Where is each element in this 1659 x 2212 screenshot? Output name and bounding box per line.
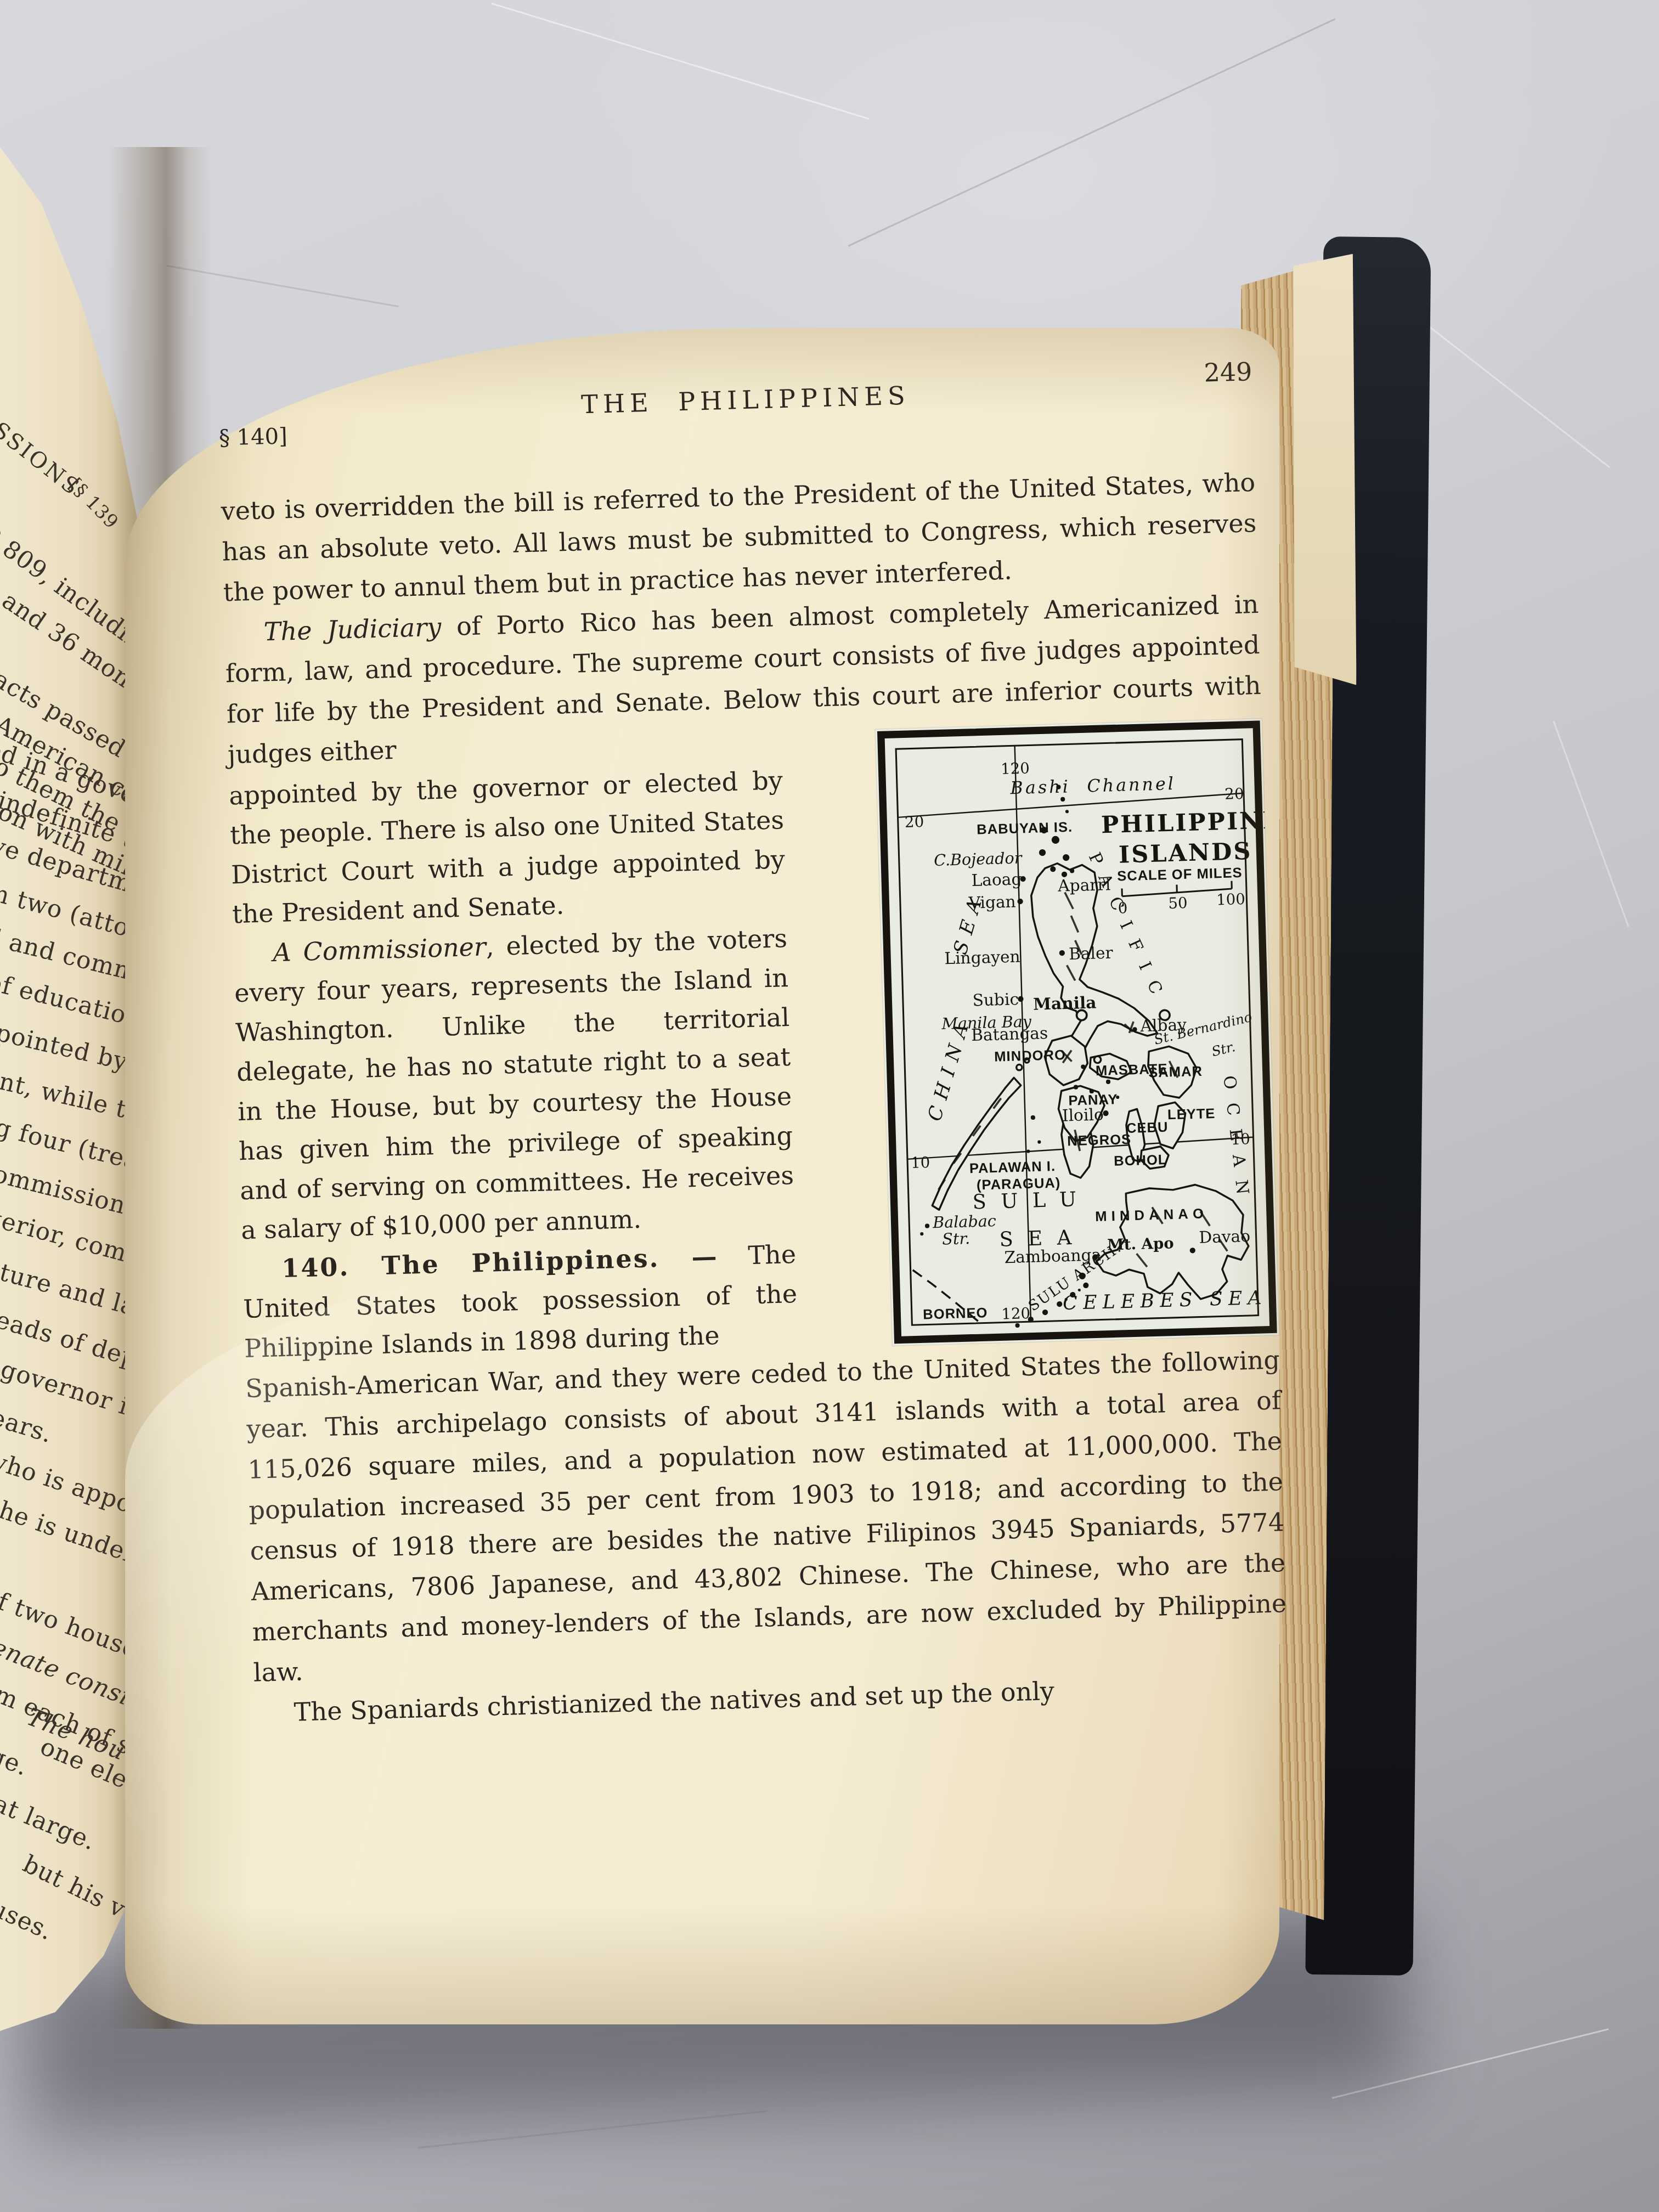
left-page-text-fragment: uses. xyxy=(0,1894,57,1946)
surface-scratch xyxy=(491,3,869,120)
left-page-text-fragment: ge. xyxy=(0,1741,32,1781)
right-page: § 140] THE PHILIPPINES 249 veto is overr… xyxy=(125,328,1279,2024)
protruding-page-edge xyxy=(1288,253,1363,685)
surface-scratch xyxy=(1553,720,1629,927)
page-light-band xyxy=(125,1244,840,2024)
left-page-text-fragment: ears. xyxy=(0,1403,56,1448)
surface-scratch xyxy=(848,18,1335,247)
left-page-text-fragment: at large. xyxy=(0,1790,100,1856)
photo-scene: ESSIONS [§ 139 99,809, including es, and… xyxy=(0,0,1659,2212)
